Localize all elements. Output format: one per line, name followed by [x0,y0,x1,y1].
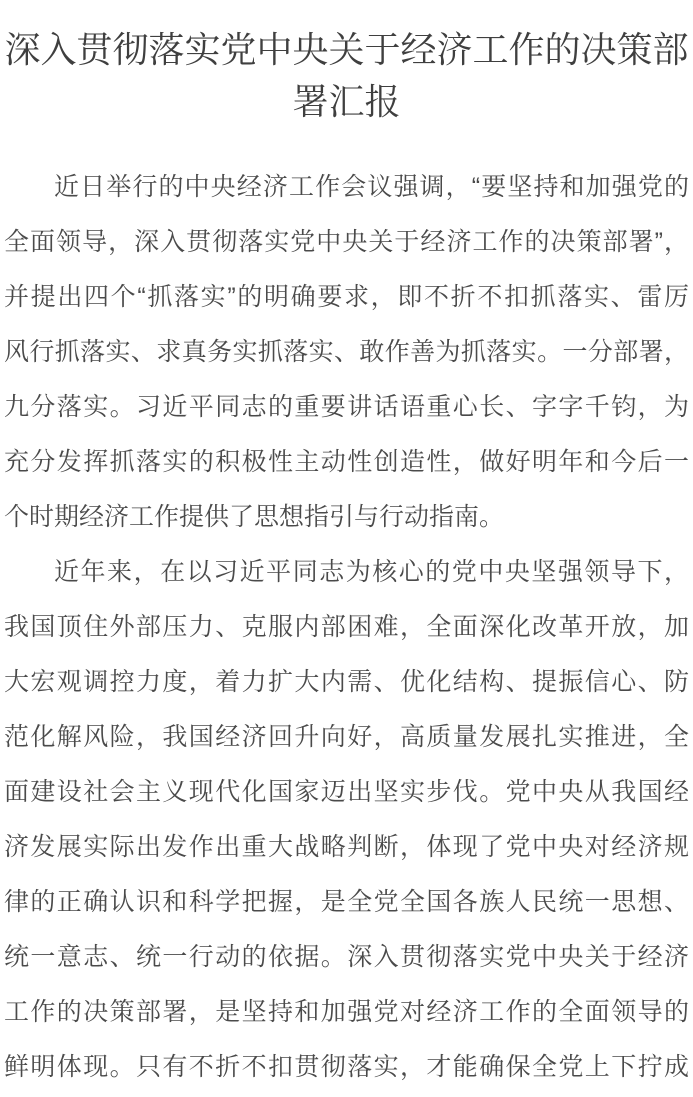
paragraph-line: 律的正确认识和科学把握，是全党全国各族人民统一思想、 [4,875,689,930]
document-title: 深入贯彻落实党中央关于经济工作的决策部署汇报 [4,24,689,128]
paragraph-line: 充分发挥抓落实的积极性主动性创造性，做好明年和今后一 [4,435,689,490]
paragraph-line: 近年来，在以习近平同志为核心的党中央坚强领导下， [4,545,689,600]
paragraph-line: 统一意志、统一行动的依据。深入贯彻落实党中央关于经济 [4,930,689,985]
document-page: 深入贯彻落实党中央关于经济工作的决策部署汇报 近日举行的中央经济工作会议强调，“… [0,24,693,1095]
paragraph-line: 济发展实际出发作出重大战略判断，体现了党中央对经济规 [4,820,689,875]
paragraph-line: 鲜明体现。只有不折不扣贯彻落实，才能确保全党上下拧成 [4,1040,689,1095]
paragraph: 近日举行的中央经济工作会议强调，“要坚持和加强党的全面领导，深入贯彻落实党中央关… [4,160,689,545]
paragraph-line: 近日举行的中央经济工作会议强调，“要坚持和加强党的 [4,160,689,215]
paragraph-line: 工作的决策部署，是坚持和加强党对经济工作的全面领导的 [4,985,689,1040]
paragraph-line: 大宏观调控力度，着力扩大内需、优化结构、提振信心、防 [4,655,689,710]
document-body: 近日举行的中央经济工作会议强调，“要坚持和加强党的全面领导，深入贯彻落实党中央关… [4,160,689,1095]
paragraph-line: 风行抓落实、求真务实抓落实、敢作善为抓落实。一分部署， [4,325,689,380]
paragraph-line: 个时期经济工作提供了思想指引与行动指南。 [4,490,689,545]
paragraph-line: 九分落实。习近平同志的重要讲话语重心长、字字千钧，为 [4,380,689,435]
paragraph-line: 面建设社会主义现代化国家迈出坚实步伐。党中央从我国经 [4,765,689,820]
paragraph-line: 全面领导，深入贯彻落实党中央关于经济工作的决策部署”， [4,215,689,270]
paragraph-line: 我国顶住外部压力、克服内部困难，全面深化改革开放，加 [4,600,689,655]
paragraph-line: 范化解风险，我国经济回升向好，高质量发展扎实推进，全 [4,710,689,765]
paragraph: 近年来，在以习近平同志为核心的党中央坚强领导下，我国顶住外部压力、克服内部困难，… [4,545,689,1095]
paragraph-line: 并提出四个“抓落实”的明确要求，即不折不扣抓落实、雷厉 [4,270,689,325]
